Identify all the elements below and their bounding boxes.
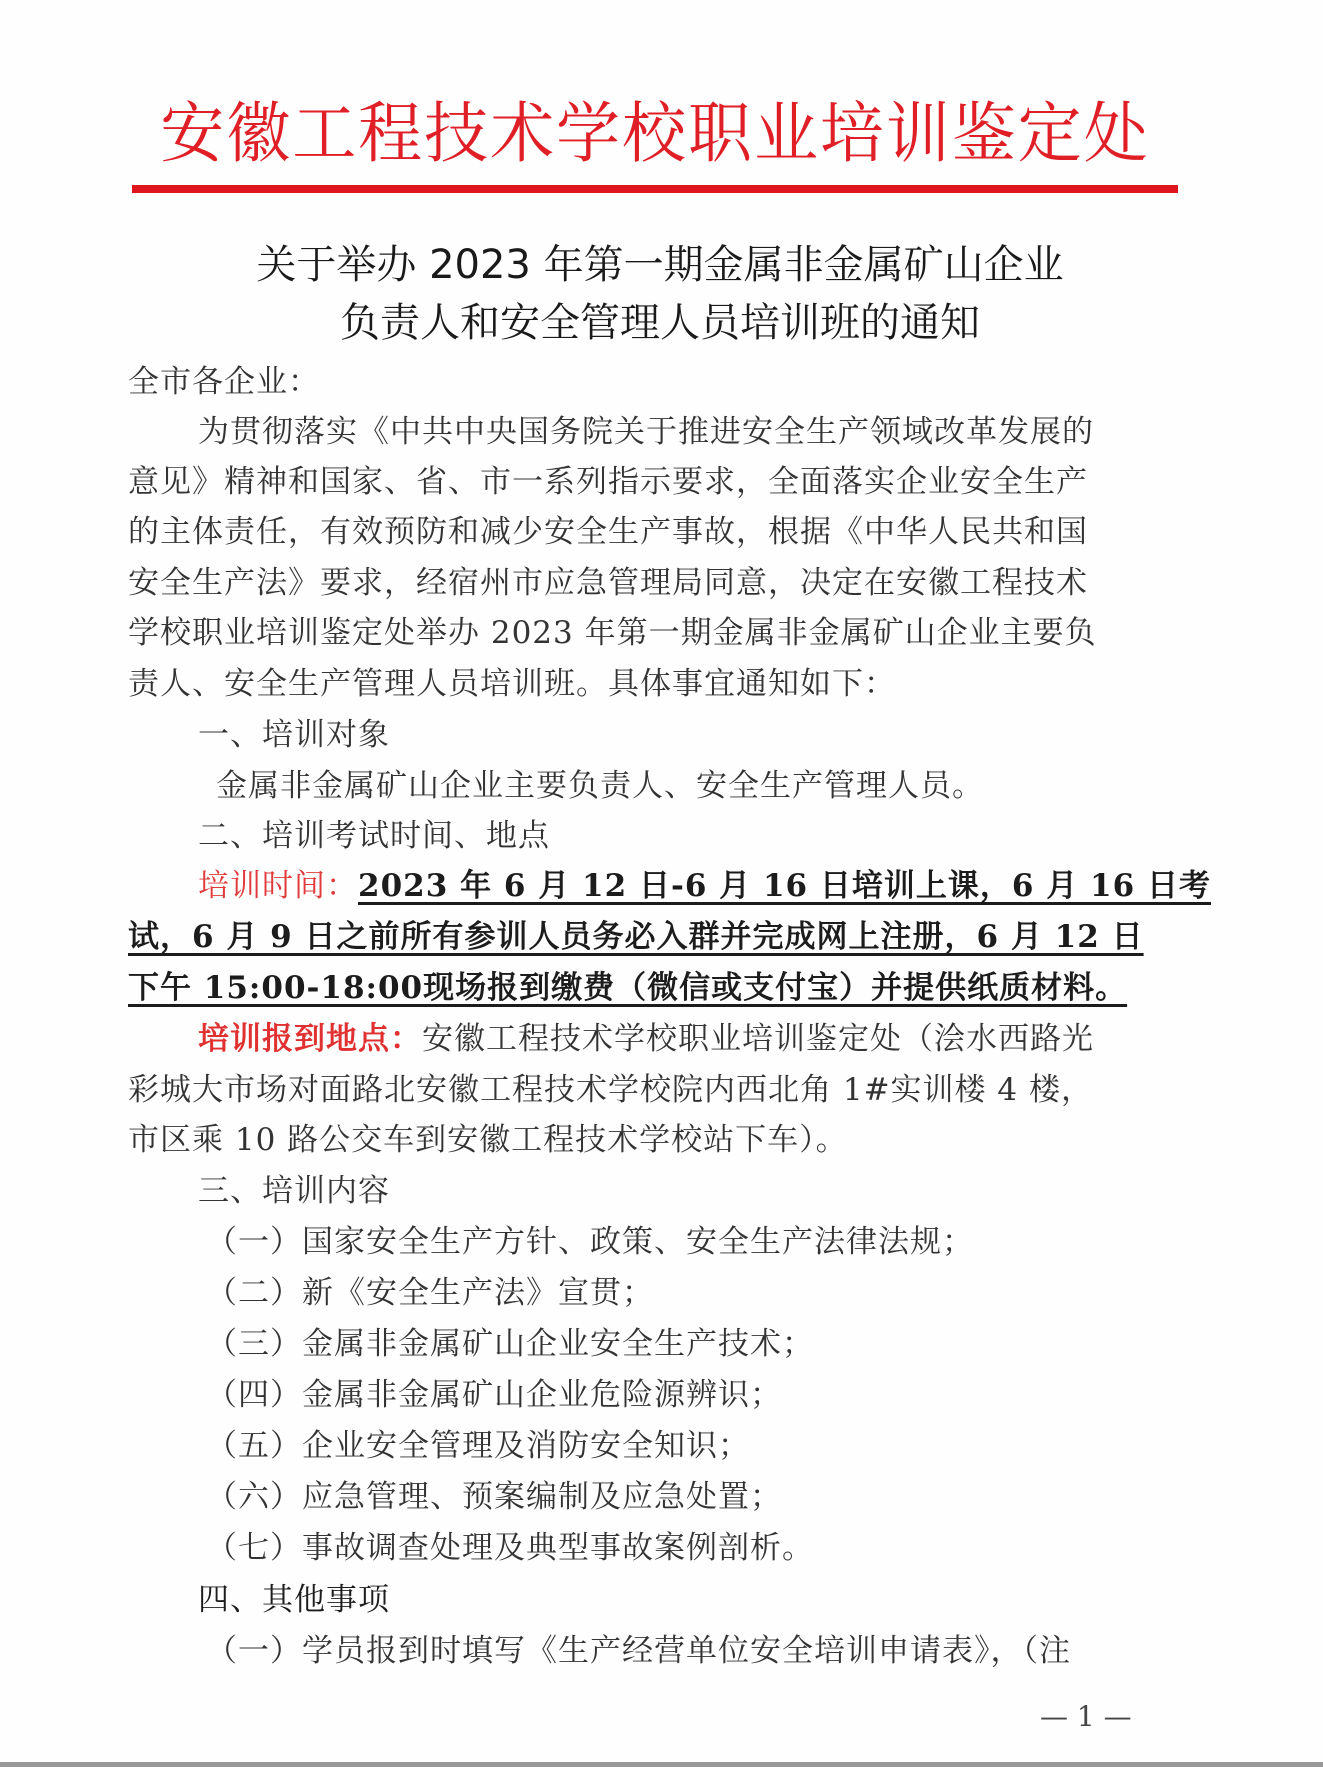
training-time-label: 培训时间：	[198, 868, 358, 904]
content-item: （六）应急管理、预案编制及应急处置；	[206, 1477, 782, 1517]
training-place-line: 彩城大市场对面路北安徽工程技术学校院内西北角 1#实训楼 4 楼，	[128, 1070, 1093, 1110]
intro-line: 的主体责任，有效预防和减少安全生产事故，根据《中华人民共和国	[128, 512, 1088, 552]
masthead: 安徽工程技术学校职业培训鉴定处	[130, 92, 1180, 182]
training-time-line: 下午 15:00-18:00现场报到缴费（微信或支付宝）并提供纸质材料。	[128, 968, 1127, 1008]
other-item: （一）学员报到时填写《生产经营单位安全培训申请表》，（注	[206, 1631, 1071, 1671]
section-heading: 一、培训对象	[198, 715, 390, 755]
salutation: 全市各企业：	[128, 362, 320, 402]
section-body: 金属非金属矿山企业主要负责人、安全生产管理人员。	[216, 766, 984, 806]
red-header-rule	[132, 185, 1178, 193]
section-heading: 二、培训考试时间、地点	[198, 816, 550, 856]
training-place-line: 培训报到地点：安徽工程技术学校职业培训鉴定处（浍水西路光	[198, 1019, 1094, 1059]
training-time-line: 试，6 月 9 日之前所有参训人员务必入群并完成网上注册，6 月 12 日	[128, 917, 1144, 957]
intro-line: 为贯彻落实《中共中央国务院关于推进安全生产领域改革发展的	[198, 412, 1094, 452]
training-place-value: 安徽工程技术学校职业培训鉴定处（浍水西路光	[422, 1021, 1094, 1057]
intro-line: 安全生产法》要求，经宿州市应急管理局同意，决定在安徽工程技术	[128, 563, 1088, 603]
content-item: （一）国家安全生产方针、政策、安全生产法律法规；	[206, 1222, 974, 1262]
intro-line: 意见》精神和国家、省、市一系列指示要求，全面落实企业安全生产	[128, 462, 1088, 502]
page-number: — 1 —	[1040, 1700, 1132, 1733]
content-item: （四）金属非金属矿山企业危险源辨识；	[206, 1375, 782, 1415]
content-item: （三）金属非金属矿山企业安全生产技术；	[206, 1324, 814, 1364]
training-time-value: 试，6 月 9 日之前所有参训人员务必入群并完成网上注册，6 月 12 日	[128, 919, 1144, 955]
content-item: （七）事故调查处理及典型事故案例剖析。	[206, 1528, 814, 1568]
training-time-value: 下午 15:00-18:00现场报到缴费（微信或支付宝）并提供纸质材料。	[128, 970, 1127, 1006]
document-title-line-1: 关于举办 2023 年第一期金属非金属矿山企业	[120, 240, 1200, 290]
training-time-value: 2023 年 6 月 12 日-6 月 16 日培训上课，6 月 16 日考	[358, 868, 1211, 904]
training-place-label: 培训报到地点：	[198, 1021, 422, 1057]
document-page: 安徽工程技术学校职业培训鉴定处 关于举办 2023 年第一期金属非金属矿山企业 …	[0, 0, 1323, 1767]
institution-name: 安徽工程技术学校职业培训鉴定处	[146, 92, 1165, 176]
document-title-line-2: 负责人和安全管理人员培训班的通知	[120, 298, 1200, 348]
content-item: （二）新《安全生产法》宣贯；	[206, 1273, 654, 1313]
page-bottom-edge	[0, 1762, 1323, 1767]
intro-line: 学校职业培训鉴定处举办 2023 年第一期金属非金属矿山企业主要负	[128, 613, 1097, 653]
content-item: （五）企业安全管理及消防安全知识；	[206, 1426, 750, 1466]
section-heading: 四、其他事项	[198, 1580, 390, 1620]
training-time-line: 培训时间：2023 年 6 月 12 日-6 月 16 日培训上课，6 月 16…	[198, 866, 1211, 906]
training-place-line: 市区乘 10 路公交车到安徽工程技术学校站下车）。	[128, 1120, 848, 1160]
intro-line: 责人、安全生产管理人员培训班。具体事宜通知如下：	[128, 664, 896, 704]
section-heading: 三、培训内容	[198, 1171, 390, 1211]
